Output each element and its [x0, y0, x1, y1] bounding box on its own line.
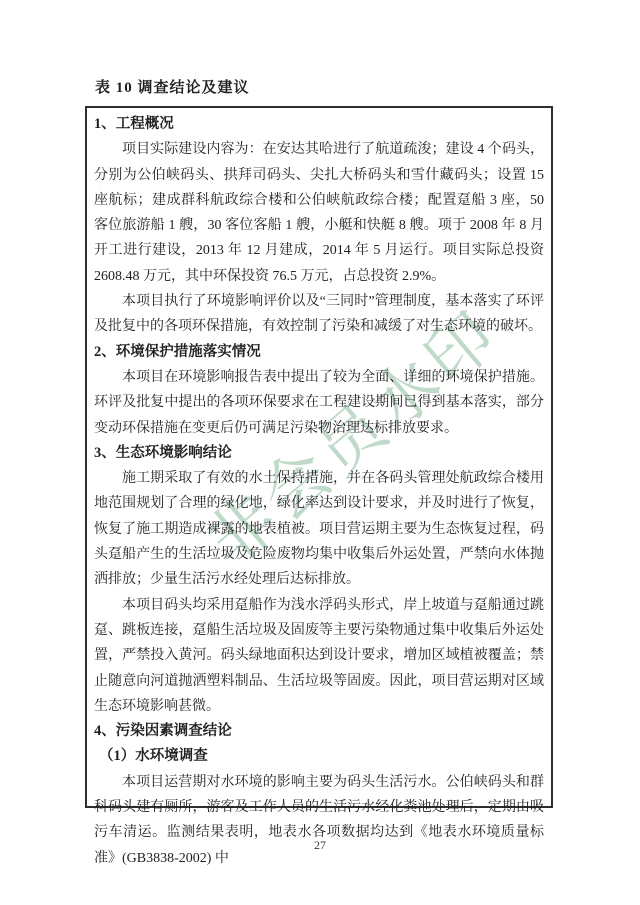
section-3-heading: 3、生态环境影响结论	[94, 441, 544, 466]
page-number: 27	[0, 838, 640, 853]
section-3-paragraph-2: 本项目码头均采用趸船作为浅水浮码头形式，岸上坡道与趸船通过跳趸、跳板连接，趸船生…	[94, 593, 544, 719]
section-1-paragraph-1: 项目实际建设内容为：在安达其哈进行了航道疏浚；建设 4 个码头，分别为公伯峡码头…	[94, 137, 544, 289]
table-10-border-box: 1、工程概况 项目实际建设内容为：在安达其哈进行了航道疏浚；建设 4 个码头，分…	[85, 106, 553, 808]
section-1-paragraph-2: 本项目执行了环境影响评价以及“三同时”管理制度，基本落实了环评及批复中的各项环保…	[94, 289, 544, 340]
section-2-heading: 2、环境保护措施落实情况	[94, 340, 544, 365]
section-4-subheading: （1）水环境调查	[94, 744, 544, 769]
section-3-paragraph-1: 施工期采取了有效的水土保持措施，并在各码头管理处航政综合楼用地范围规划了合理的绿…	[94, 466, 544, 592]
table-title: 表 10 调查结论及建议	[95, 76, 250, 97]
document-page: 非会员水印 表 10 调查结论及建议 1、工程概况 项目实际建设内容为：在安达其…	[0, 0, 640, 905]
section-2-paragraph-1: 本项目在环境影响报告表中提出了较为全面、详细的环境保护措施。环评及批复中提出的各…	[94, 365, 544, 441]
section-4-paragraph-1: 本项目运营期对水环境的影响主要为码头生活污水。公伯峡码头和群科码头建有厕所，游客…	[94, 770, 544, 871]
section-4-heading: 4、污染因素调查结论	[94, 719, 544, 744]
section-1-heading: 1、工程概况	[94, 112, 544, 137]
